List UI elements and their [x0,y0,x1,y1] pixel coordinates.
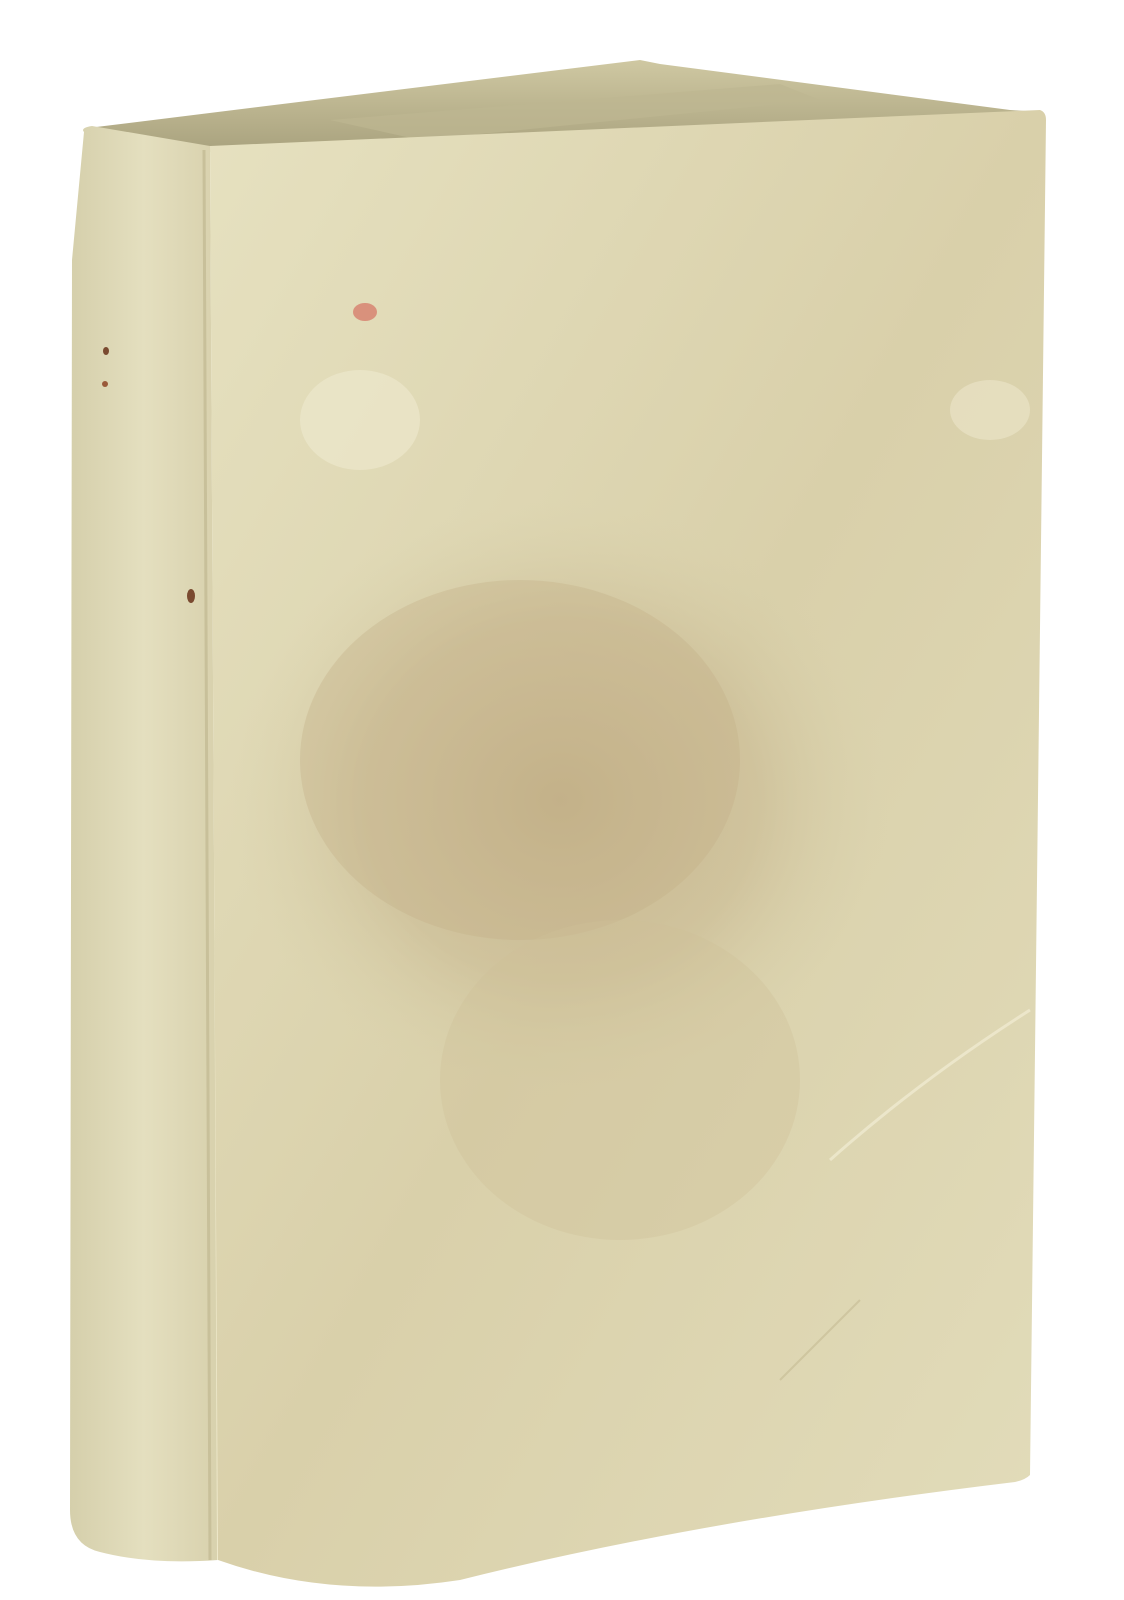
brown-spot [103,347,109,355]
photo-scene: Vellum-bound book, standing upright, pho… [0,0,1124,1600]
vellum-book-illustration [0,0,1124,1600]
book-spine [70,126,218,1561]
red-spot [353,303,377,321]
